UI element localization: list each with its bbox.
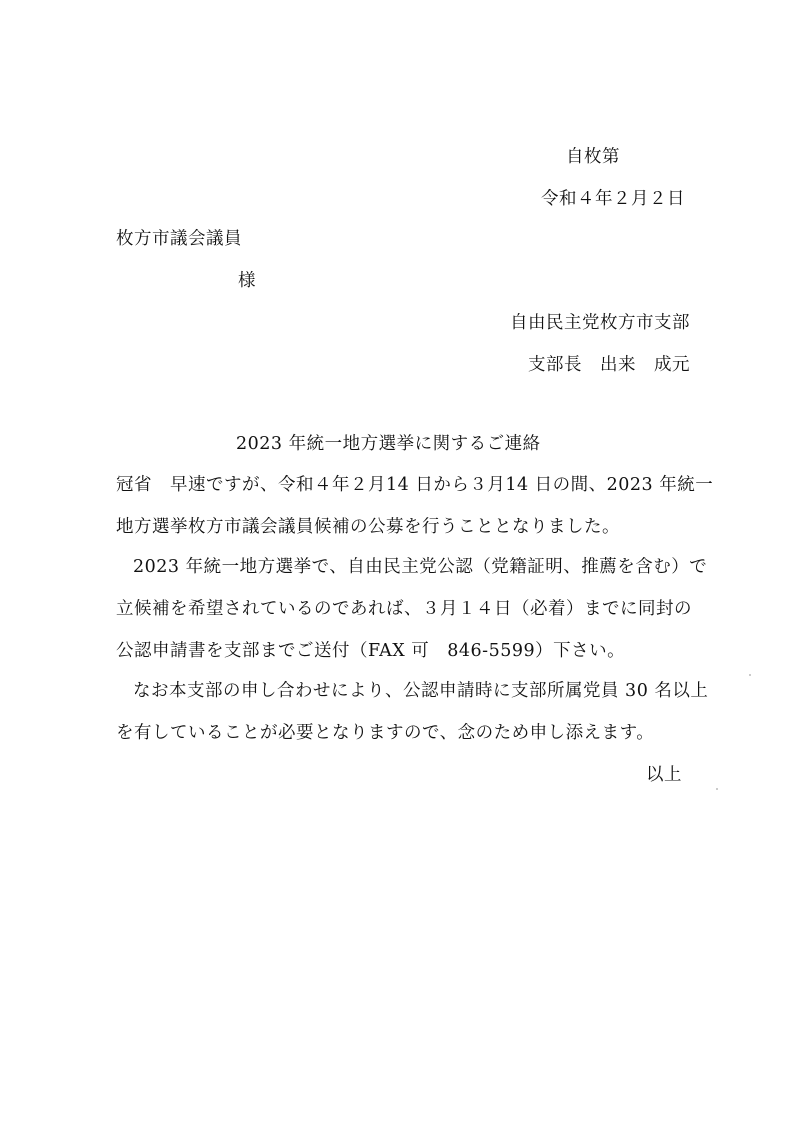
- sender-organization: 自由民主党枚方市支部: [510, 312, 690, 334]
- body-paragraph-1-line-1: 冠省 早速ですが、令和４年２月14 日から３月14 日の間、2023 年統一: [116, 474, 713, 496]
- scan-speck: [716, 788, 718, 790]
- body-paragraph-3-line-1: なお本支部の申し合わせにより、公認申請時に支部所属党員 30 名以上: [133, 680, 708, 702]
- addressee: 枚方市議会議員: [116, 228, 242, 250]
- body-paragraph-1-line-2: 地方選挙枚方市議会議員候補の公募を行うこととなりました。: [116, 516, 620, 538]
- letter-title: 2023 年統一地方選挙に関するご連絡: [236, 433, 541, 455]
- scan-speck: [749, 674, 751, 676]
- addressee-honorific: 様: [238, 270, 256, 292]
- sender-representative: 支部長 出来 成元: [528, 354, 690, 376]
- body-paragraph-2-line-3: 公認申請書を支部までご送付（FAX 可 846-5599）下さい。: [116, 640, 625, 662]
- body-paragraph-2-line-2: 立候補を希望されているのであれば、３月１４日（必着）までに同封の: [116, 598, 692, 620]
- letter-date: 令和４年２月２日: [541, 188, 685, 210]
- body-paragraph-2-line-1: 2023 年統一地方選挙で、自由民主党公認（党籍証明、推薦を含む）で: [133, 556, 707, 578]
- letter-page: 自枚第 令和４年２月２日 枚方市議会議員 様 自由民主党枚方市支部 支部長 出来…: [0, 0, 800, 1131]
- body-paragraph-3-line-2: を有していることが必要となりますので、念のため申し添えます。: [116, 722, 654, 744]
- closing-remark: 以上: [646, 764, 682, 786]
- document-number: 自枚第: [566, 146, 620, 168]
